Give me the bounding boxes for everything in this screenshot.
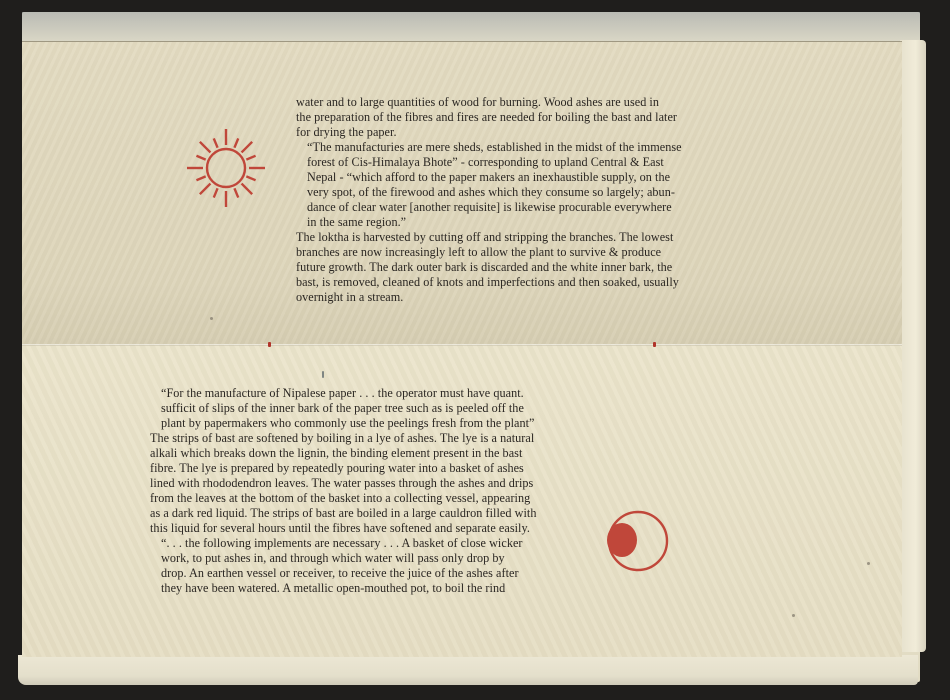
text-line: alkali which breaks down the lignin, the… (150, 446, 536, 461)
quote-line: “. . . the following implements are nece… (150, 536, 536, 551)
quote-line: sufficit of slips of the inner bark of t… (150, 401, 536, 416)
eclipse-moon-icon (602, 507, 670, 575)
text-line: bast, is removed, cleaned of knots and i… (296, 275, 682, 290)
text-line: branches are now increasingly left to al… (296, 245, 682, 260)
paper-speck (792, 614, 795, 617)
text-line: The loktha is harvested by cutting off a… (296, 230, 682, 245)
quote-line: forest of Cis-Himalaya Bhote” - correspo… (296, 155, 682, 170)
paper-speck (210, 317, 213, 320)
quote-line: plant by papermakers who commonly use th… (150, 416, 536, 431)
text-line: as a dark red liquid. The strips of bast… (150, 506, 536, 521)
fold-mark (268, 342, 271, 347)
quote-line: very spot, of the firewood and ashes whi… (296, 185, 682, 200)
quote-line: they have been watered. A metallic open-… (150, 581, 536, 596)
text-line: the preparation of the fibres and fires … (296, 110, 682, 125)
paper-speck (322, 371, 324, 378)
text-line: lined with rhododendron leaves. The wate… (150, 476, 536, 491)
sun-icon (184, 126, 268, 210)
lower-page-text: “For the manufacture of Nipalese paper .… (150, 386, 536, 596)
paper-speck (867, 562, 870, 565)
under-sheet-right-edge (900, 40, 926, 652)
text-line: for drying the paper. (296, 125, 682, 140)
fold-mark (653, 342, 656, 347)
text-line: overnight in a stream. (296, 290, 682, 305)
quote-line: “The manufacturies are mere sheds, estab… (296, 140, 682, 155)
text-line: future growth. The dark outer bark is di… (296, 260, 682, 275)
sheet-top-edge (22, 41, 902, 42)
under-sheet-top-edge (22, 12, 920, 42)
text-line: from the leaves at the bottom of the bas… (150, 491, 536, 506)
quote-line: dance of clear water [another requisite]… (296, 200, 682, 215)
text-line: fibre. The lye is prepared by repeatedly… (150, 461, 536, 476)
text-line: this liquid for several hours until the … (150, 521, 536, 536)
fold-crease (22, 344, 902, 346)
under-sheet-bottom-edge (18, 655, 918, 685)
quote-line: Nepal - “which afford to the paper maker… (296, 170, 682, 185)
quote-line: in the same region.” (296, 215, 682, 230)
text-line: water and to large quantities of wood fo… (296, 95, 682, 110)
quote-line: “For the manufacture of Nipalese paper .… (150, 386, 536, 401)
upper-page-text: water and to large quantities of wood fo… (296, 95, 682, 305)
quote-line: work, to put ashes in, and through which… (150, 551, 536, 566)
text-line: The strips of bast are softened by boili… (150, 431, 536, 446)
quote-line: drop. An earthen vessel or receiver, to … (150, 566, 536, 581)
